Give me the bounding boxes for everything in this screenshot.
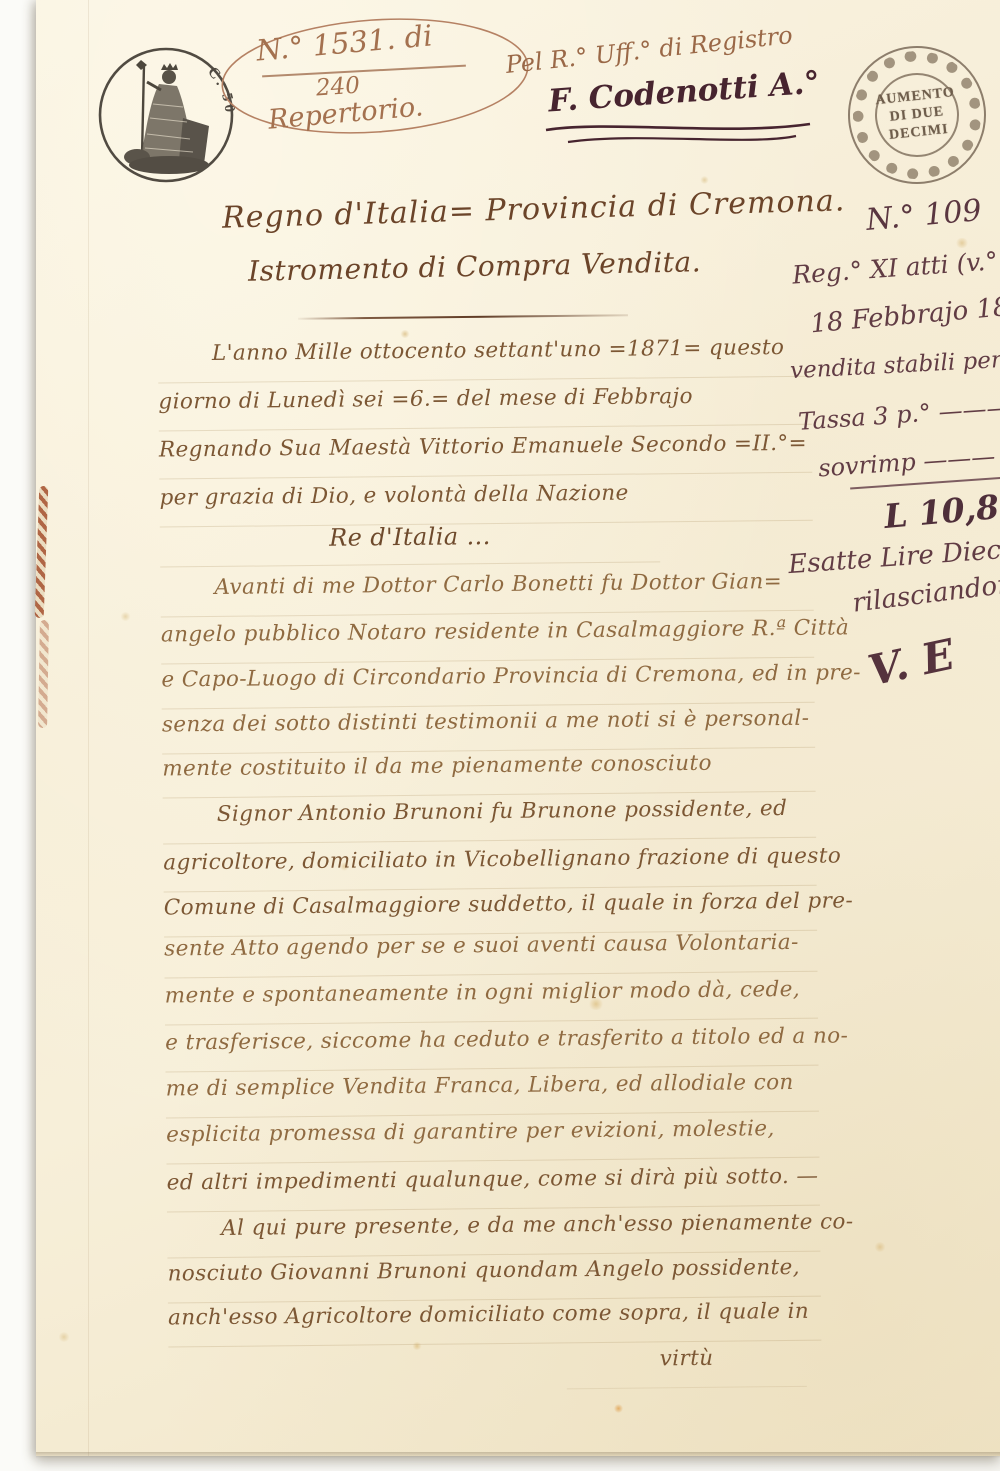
body-line: per grazia di Dio, e volontà della Nazio… (159, 479, 812, 528)
body-line: ed altri impedimenti qualunque, come si … (167, 1164, 820, 1213)
body-line: anch'esso Agricoltore domiciliato come s… (168, 1299, 821, 1348)
body-line: mente e spontaneamente in ogni miglior m… (165, 977, 818, 1026)
body-line: Al qui pure presente, e da me anch'esso … (167, 1210, 820, 1259)
body-line: Regnando Sua Maestà Vittorio Emanuele Se… (159, 431, 812, 480)
body-line: nosciuto Giovanni Brunoni quondam Angelo… (167, 1255, 820, 1304)
body-line: senza dei sotto distinti testimonii a me… (162, 706, 815, 755)
body-line: Avanti di me Dottor Carlo Bonetti fu Dot… (160, 569, 813, 618)
body-line: Re d'Italia ... (160, 520, 660, 567)
paper-bottom-edge (36, 1452, 1000, 1458)
body-line: e Capo-Luogo di Circondario Provincia di… (161, 661, 814, 710)
body-line: sente Atto agendo per se e suoi aventi c… (164, 930, 817, 979)
body-line: me di semplice Vendita Franca, Libera, e… (166, 1070, 819, 1119)
body-line: giorno di Lunedì sei =6.= del mese di Fe… (158, 383, 811, 432)
deed-body: L'anno Mille ottocento settant'uno =1871… (0, 0, 1000, 1471)
body-line: L'anno Mille ottocento settant'uno =1871… (158, 335, 811, 384)
body-line: e trasferisce, siccome ha ceduto e trasf… (165, 1024, 818, 1073)
body-line: Signor Antonio Brunoni fu Brunone possid… (163, 796, 816, 845)
body-line: agricoltore, domiciliato in Vicobelligna… (163, 844, 816, 893)
body-line: angelo pubblico Notaro residente in Casa… (161, 616, 814, 665)
body-line: mente costituito il da me pienamente con… (162, 750, 815, 799)
body-line: virtù (566, 1345, 806, 1390)
body-line: esplicita promessa di garantire per eviz… (166, 1116, 819, 1165)
